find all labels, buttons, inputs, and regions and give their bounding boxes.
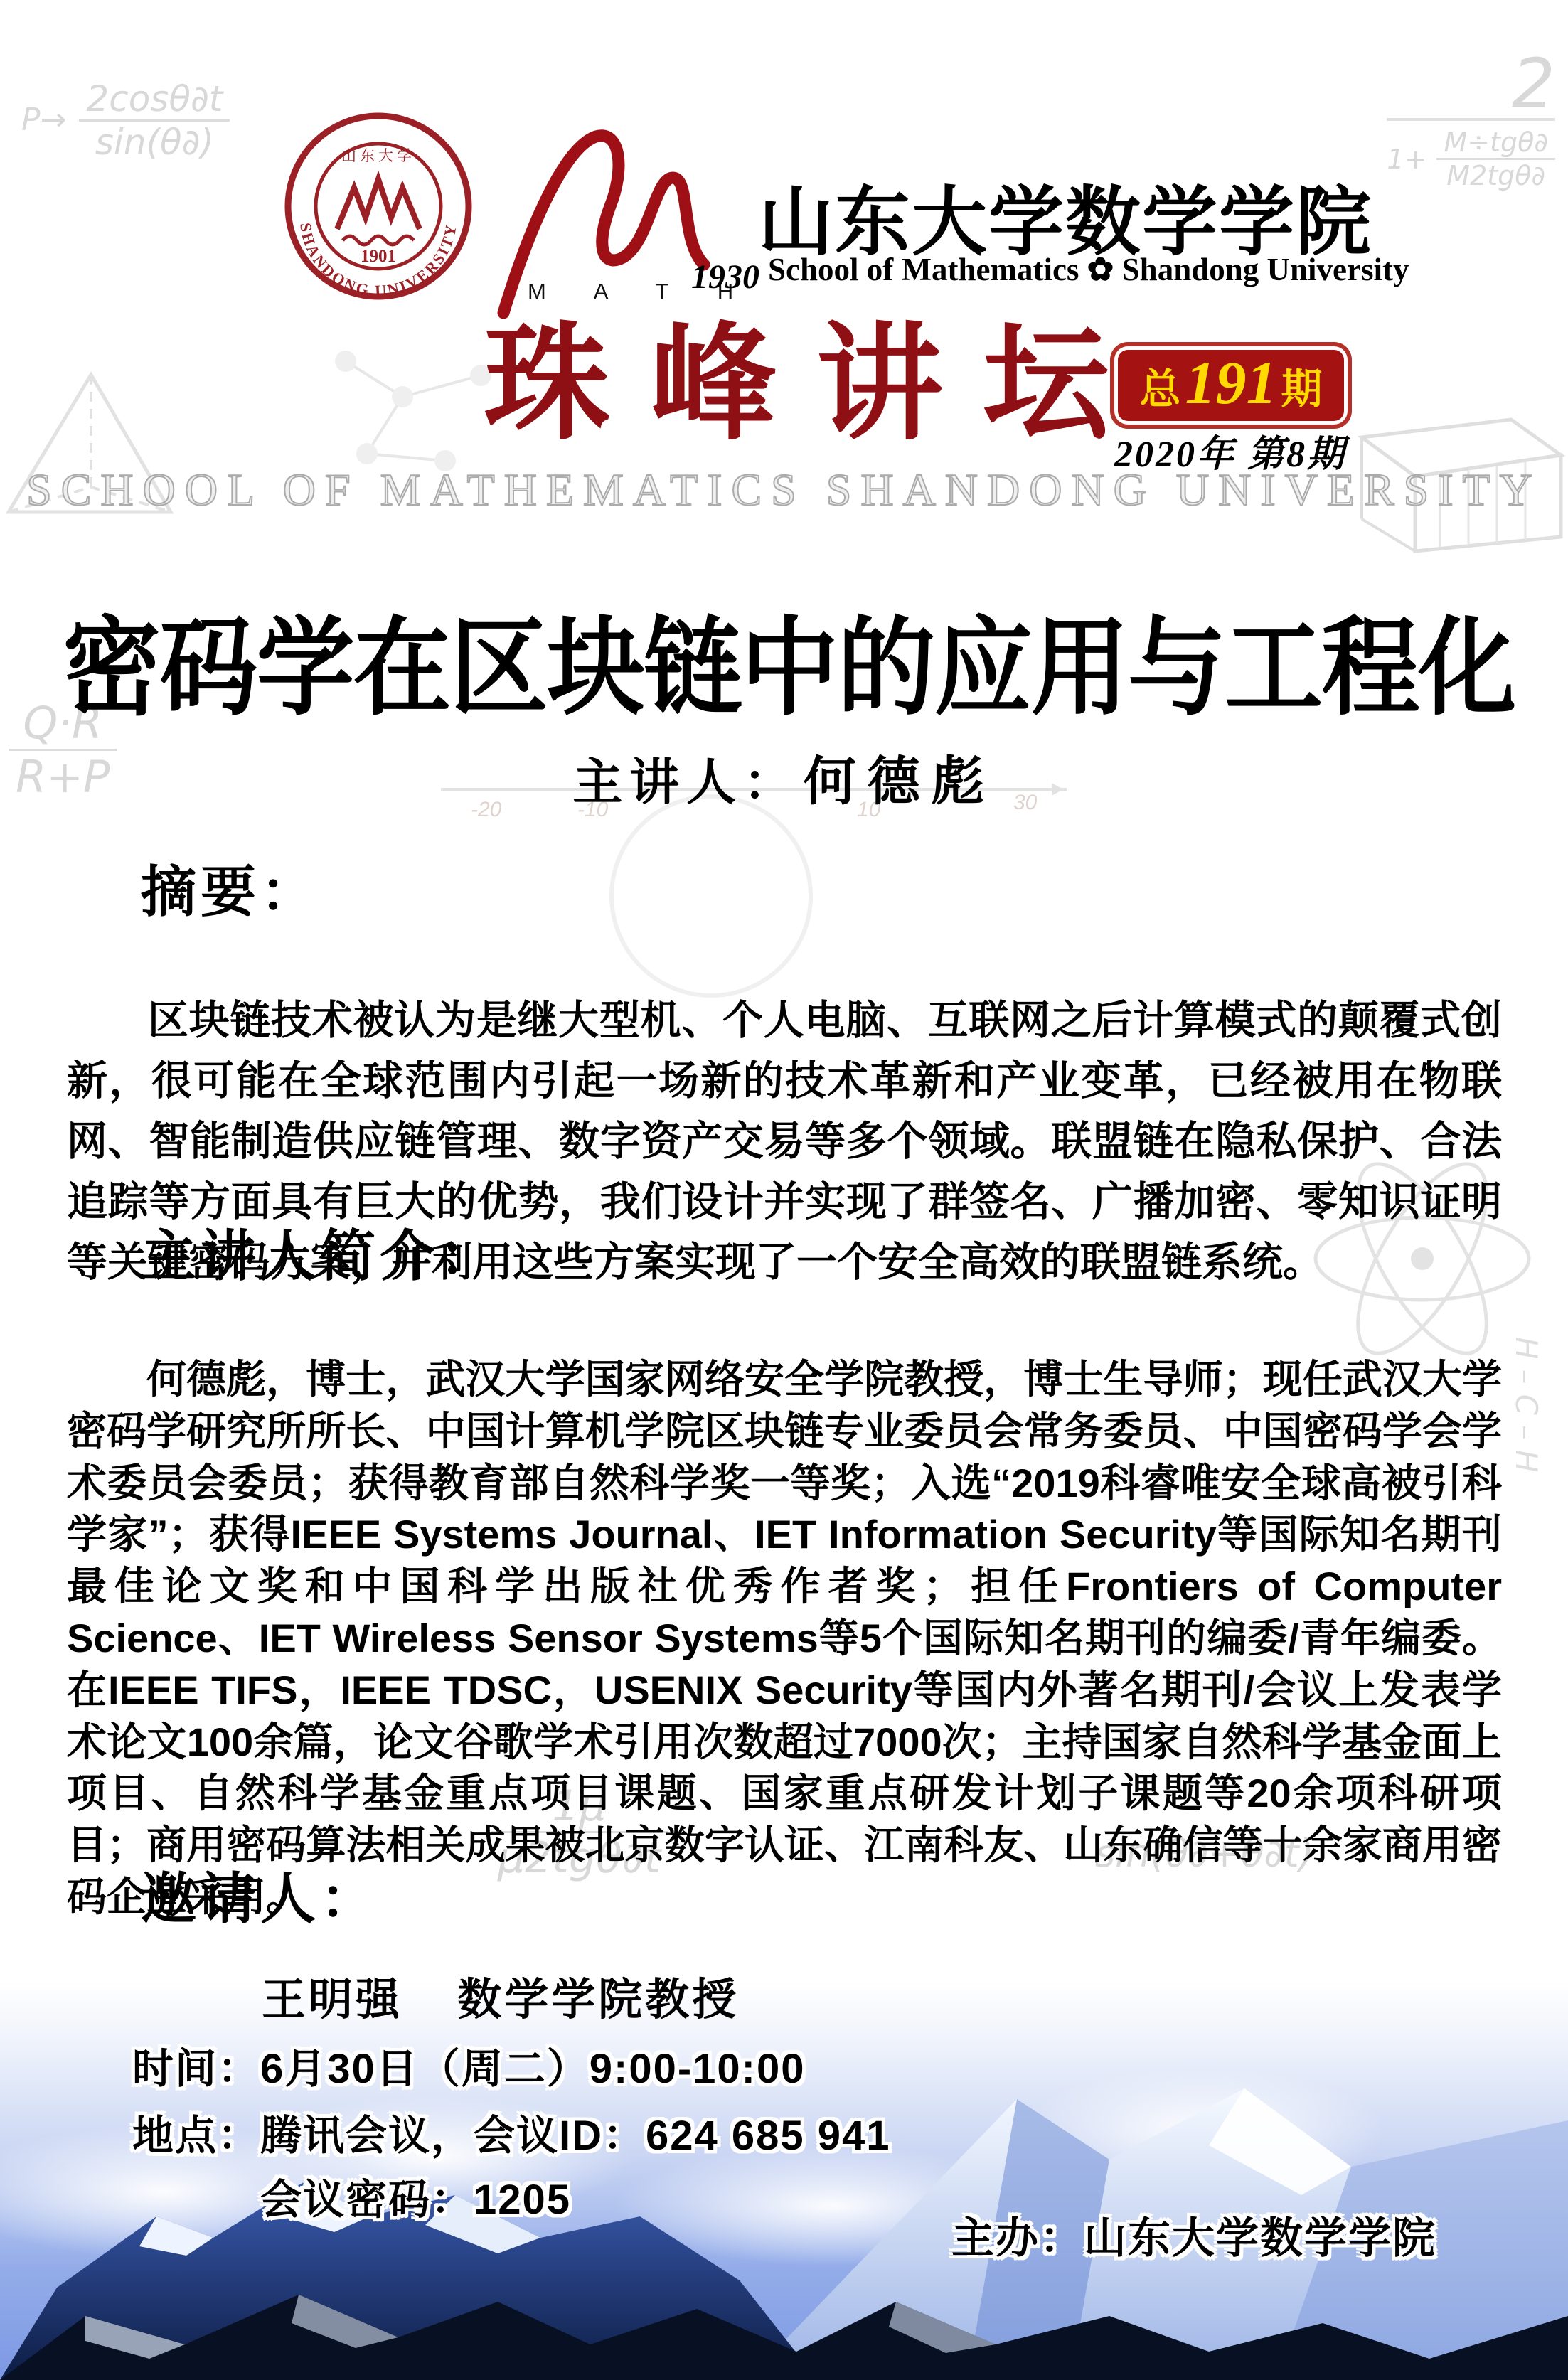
doodle-text: P→ <box>21 102 66 138</box>
doodle-text: M÷tgθ∂ <box>1436 127 1555 160</box>
shandong-university-seal: 山东大学 1901 SHANDONG UNIVERSITY <box>283 111 474 301</box>
doodle-formula-topleft: P→2cosθ∂tsin(θ∂) <box>21 78 230 163</box>
abstract-heading: 摘要： <box>141 848 320 927</box>
invitee-title: 数学学院教授 <box>457 1975 739 2024</box>
doodle-text: 1+ <box>1387 144 1426 175</box>
badge-prefix: 总 <box>1139 356 1180 415</box>
bio-heading: 主讲人简介： <box>141 1212 499 1291</box>
speaker-name: 何德彪 <box>804 752 996 811</box>
badge-number: 191 <box>1185 352 1277 413</box>
forum-title: 珠峰讲坛 <box>484 321 1149 448</box>
lecture-poster: P→2cosθ∂tsin(θ∂) 2 1+M÷tgθ∂M2tgθ∂ Q·RR+P… <box>0 0 1568 2380</box>
doodle-text: M2tgθ∂ <box>1436 160 1555 191</box>
badge-suffix: 期 <box>1281 356 1323 415</box>
founding-year: 1930 <box>691 257 759 297</box>
bio-body: 何德彪，博士，武汉大学国家网络安全学院教授，博士生导师；现任武汉大学密码学研究所… <box>67 1354 1502 1923</box>
organizer: 主办：山东大学数学学院 <box>951 2204 1436 2266</box>
meeting-time: 时间：6月30日（周二）9:00-10:00 <box>132 2035 806 2095</box>
seal-year: 1901 <box>361 247 396 266</box>
issue-label: 2020年 第8期 <box>1106 424 1355 477</box>
speaker-line: 主讲人： 何德彪 <box>0 740 1568 815</box>
doodle-circle <box>604 789 818 1003</box>
meeting-location: 地点：腾讯会议，会议ID：624 685 941 <box>132 2102 891 2162</box>
invite-heading: 邀请人： <box>141 1855 380 1934</box>
lecture-title: 密码学在区块链中的应用与工程化 <box>63 582 1505 735</box>
issue-badge: 总 191 期 <box>1118 350 1344 421</box>
doodle-text: 2 <box>1387 50 1555 121</box>
school-name-en: School of Mathematics ✿ Shandong Univers… <box>768 250 1409 288</box>
doodle-text: 2cosθ∂t <box>79 78 230 122</box>
seal-cn-text: 山东大学 <box>341 147 415 164</box>
invitee-line: 王明强 数学学院教授 <box>262 1964 739 2027</box>
doodle-formula-topright: 2 1+M÷tgθ∂M2tgθ∂ <box>1387 50 1555 191</box>
speaker-label: 主讲人： <box>572 756 800 811</box>
doodle-text: sin(θ∂) <box>79 122 230 163</box>
meeting-password: 会议密码：1205 <box>260 2166 571 2226</box>
invitee-name: 王明强 <box>262 1975 402 2024</box>
